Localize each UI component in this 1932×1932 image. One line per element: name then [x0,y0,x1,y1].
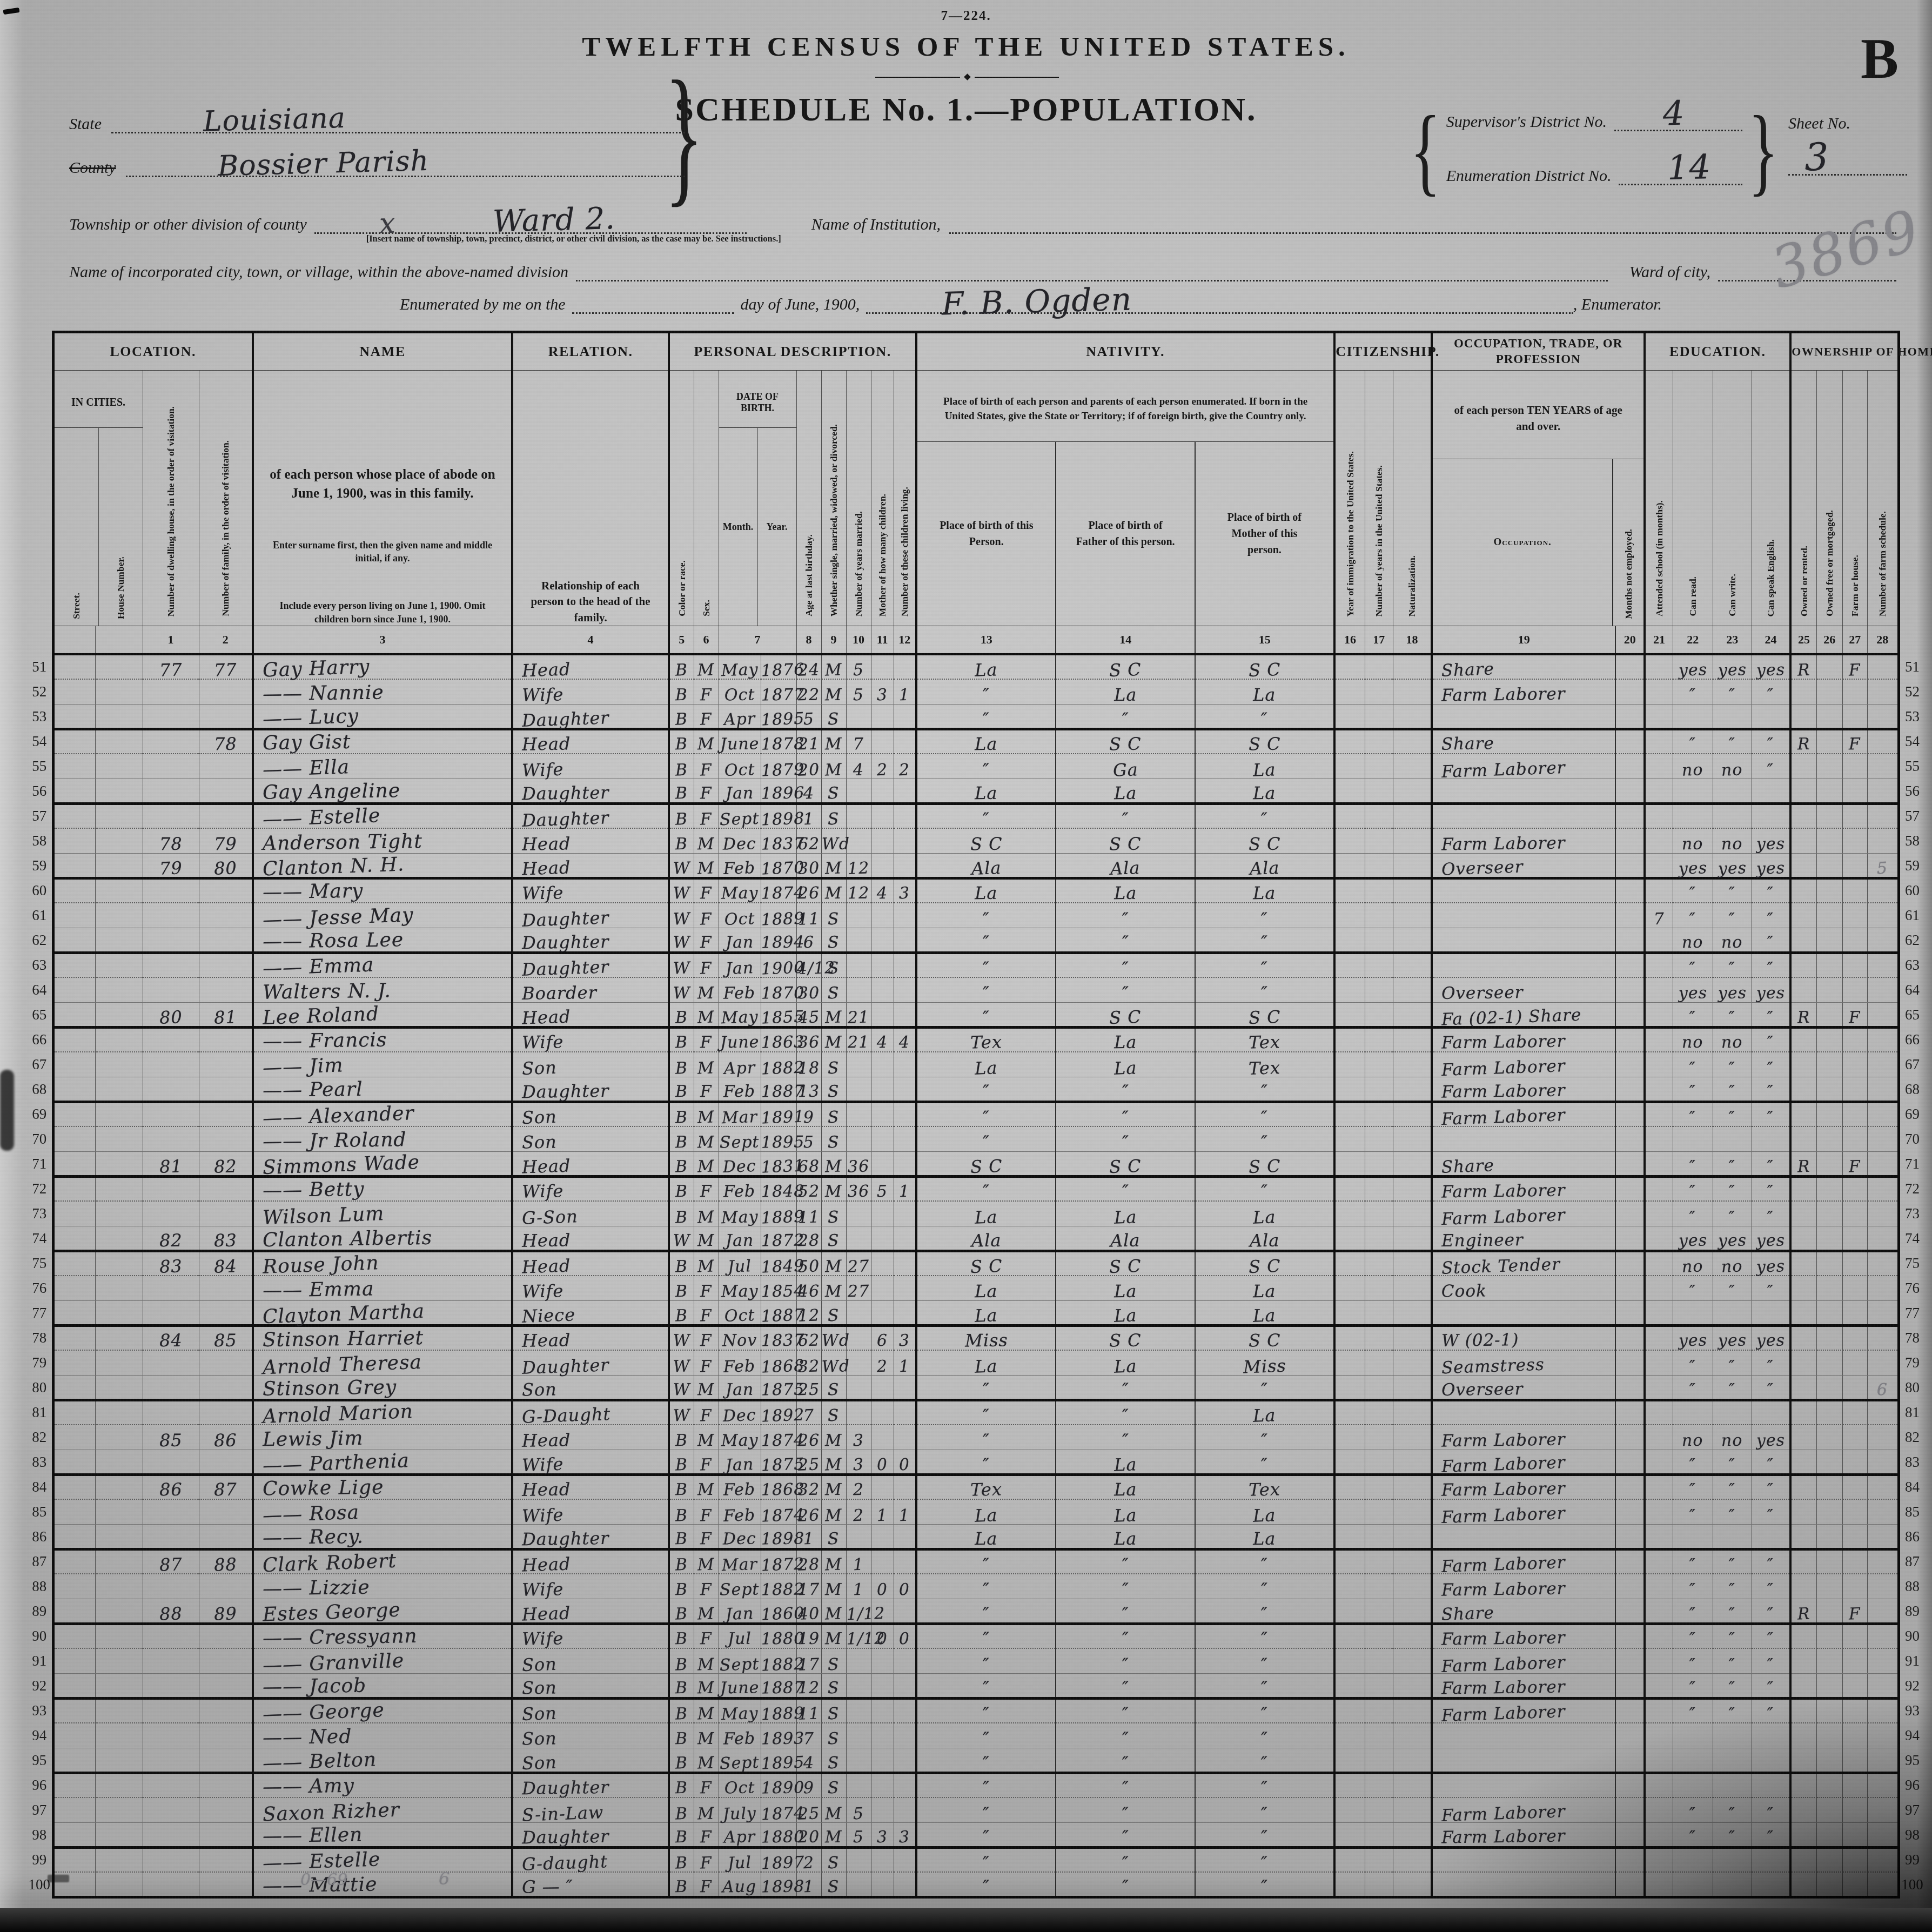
relation-cell: Head [512,1002,669,1027]
pob-father-cell-value: La [1114,884,1137,902]
street-cell [53,853,95,878]
age-cell: 50 [796,1251,821,1276]
sex-cell-value: M [697,1134,715,1150]
relation-cell-value: Son [521,1753,557,1772]
immigration-year-cell [1334,803,1365,828]
can-read-cell-value: no [1682,1035,1703,1051]
occupation-cell [1432,903,1615,928]
city-fill [576,258,1608,281]
years-in-us-cell [1365,1624,1393,1648]
birth-year-cell: 1872 [761,1549,796,1574]
sex-cell: F [694,754,719,779]
can-read-cell-value: yes [1678,985,1707,1002]
can-speak-english-cell-value: ″ [1767,1009,1774,1025]
line-number: 77 [27,1300,53,1325]
attended-school-cell [1645,1276,1673,1300]
sex-cell: F [694,1350,719,1375]
relation-cell: Daughter [512,1822,669,1847]
children-living-cell [894,1797,916,1822]
line-number: 85 [27,1499,53,1524]
line-number: 57 [27,803,53,828]
farm-schedule-cell: 6 [1867,1375,1899,1400]
can-speak-english-cell-value: ″ [1767,911,1774,927]
birth-month-cell-value: Jan [725,960,754,977]
years-married-cell-value: 36 [847,1158,869,1175]
color-cell-value: B [675,1259,688,1276]
name-cell: Walters N. J. [253,977,512,1002]
color-cell: B [669,729,694,754]
family-number-cell: 86 [199,1425,253,1450]
color-cell: B [669,1773,694,1797]
children-living-cell [894,803,916,828]
immigration-year-cell [1334,853,1365,878]
street-cell [53,754,95,779]
pob-person-cell-value: ″ [983,1133,990,1150]
immigration-year-cell [1334,1698,1365,1723]
name-cell-value: Lee Roland [262,1004,379,1028]
name-cell-value: Wilson Lum [262,1204,385,1228]
can-read-cell: ″ [1673,729,1713,754]
table-row: 79Arnold TheresaDaughterWFFeb186832Wd21L… [27,1350,1924,1375]
can-read-cell-value: ″ [1689,1083,1696,1099]
name-cell: —— Jr Roland [253,1126,512,1151]
line-number-value: 68 [32,1081,46,1097]
age-cell-value: 17 [798,1581,820,1598]
line-number: 62 [27,928,53,952]
farm-house-cell [1842,1797,1867,1822]
can-write-cell: ″ [1713,1077,1752,1102]
line-number: 63 [27,952,53,977]
line-number-value: 75 [32,1255,46,1271]
name-cell: —— Estelle [253,803,512,828]
street-cell [53,654,95,679]
pob-mother-cell: ″ [1195,928,1334,952]
attended-school-cell [1645,1723,1673,1748]
relation-cell-value: Head [522,1257,571,1276]
pob-person-cell-value: La [975,1506,998,1524]
house-number-cell [95,1474,143,1499]
free-mortgaged-cell [1816,1276,1842,1300]
sex-cell-value: F [700,785,712,801]
years-in-us-cell [1365,1201,1393,1226]
marital-status-cell: S [821,1723,846,1748]
marital-status-cell-value: Wd [821,1333,849,1350]
pob-person-cell: ″ [916,1673,1056,1698]
pob-person-cell-value: La [975,1530,998,1547]
pob-mother-cell: Ala [1195,1226,1334,1251]
pob-mother-cell: La [1195,679,1334,704]
naturalization-cell [1393,1723,1432,1748]
age-cell-value: 26 [798,886,820,902]
immigration-year-cell [1334,1847,1365,1872]
farm-house-cell [1842,1847,1867,1872]
can-speak-english-cell-value: yes [1756,985,1786,1002]
sex-cell: F [694,779,719,803]
dwelling-header: Number of dwelling house, in the order o… [143,371,199,626]
dwelling-number-cell [143,1698,199,1723]
can-write-cell [1713,1748,1752,1773]
free-mortgaged-cell [1816,1151,1842,1176]
line-number-value: 64 [32,982,46,998]
color-cell: B [669,779,694,803]
color-cell: B [669,1052,694,1077]
pob-mother-cell: La [1195,1300,1334,1325]
line-number: 80 [27,1375,53,1400]
pob-person-cell-value: ″ [983,1729,990,1747]
years-married-cell [846,1524,871,1549]
marital-status-cell-value: M [825,1457,843,1473]
birth-year-cell: 1848 [761,1176,796,1201]
relation-cell-value: Wife [522,686,564,703]
ward-label: Ward of city, [1629,263,1710,281]
table-row: 53—— LucyDaughterBFApr18955S″″″53 [27,704,1924,729]
farm-house-cell [1842,1648,1867,1673]
line-number: 56 [27,779,53,803]
table-row: 98—— EllenDaughterBFApr188020M533″″″Farm… [27,1822,1924,1847]
years-in-us-cell [1365,1723,1393,1748]
col-num: 28 [1867,626,1899,655]
family-number-cell [199,928,253,952]
pob-mother-cell-value: ″ [1261,1804,1269,1822]
pob-mother-cell: ″ [1195,1126,1334,1151]
birth-month-cell: Nov [719,1325,761,1350]
children-living-cell [894,1474,916,1499]
years-married-cell: 21 [846,1002,871,1027]
age-cell-value: 5 [803,711,814,728]
occupation-cell [1432,952,1615,977]
can-read-cell-value: ″ [1689,1184,1696,1200]
relation-cell-value: Wife [521,1455,563,1474]
immigration-year-cell [1334,1276,1365,1300]
pob-person-cell: ″ [916,1574,1056,1599]
pob-person-cell: ″ [916,1450,1056,1474]
occupation-cell [1432,1723,1615,1748]
table-row: 99—— EstelleG-daughtBFJul18972S″″″99 [27,1847,1924,1872]
attended-school-cell [1645,1350,1673,1375]
house-number-cell [95,1251,143,1276]
pob-mother-cell: S C [1195,1002,1334,1027]
pob-mother-cell-value: ″ [1261,1183,1268,1200]
stack: Place of birth of each person and parent… [917,378,1333,626]
owned-rented-cell [1790,1773,1816,1797]
street-cell [53,1325,95,1350]
years-in-us-cell [1365,1524,1393,1549]
dwelling-number-cell [143,1400,199,1425]
col-num: 16 [1334,626,1365,655]
mother-of-children-cell: 4 [871,878,894,903]
nat-cols: Place of birth of this Person. Place of … [917,442,1333,626]
owned-rented-cell: R [1790,729,1816,754]
birth-month-cell: Oct [719,679,761,704]
pob-person-cell: La [916,729,1056,754]
street-cell [53,1624,95,1648]
age-cell-value: 11 [797,911,820,928]
pob-person-cell-value: ″ [983,1183,990,1200]
marital-status-cell: S [821,1226,846,1251]
children-living-cell [894,1102,916,1126]
can-read-cell-value: ″ [1689,1606,1696,1622]
relation-cell-value: Head [522,1331,571,1349]
street-cell [53,1499,95,1524]
pob-person-cell: ″ [916,1375,1056,1400]
pob-father-cell: La [1056,779,1195,803]
family-number-cell [199,1276,253,1300]
name-cell-value: Lewis Jim [263,1428,364,1450]
children-living-cell-value: 0 [899,1581,910,1598]
owned-rented-cell [1790,1325,1816,1350]
relation-cell: Daughter [512,704,669,729]
marital-status-cell: M [821,1474,846,1499]
name-cell: Clayton Martha [253,1300,512,1325]
farm-house-header: Farm or house. [1842,371,1867,626]
farm-house-cell [1842,952,1867,977]
farm-schedule-cell [1867,1151,1899,1176]
owned-rented-cell [1790,1102,1816,1126]
children-living-cell [894,1673,916,1698]
free-mortgaged-cell [1816,704,1842,729]
age-cell: 32 [796,1474,821,1499]
owned-rented-cell [1790,1748,1816,1773]
age-cell: 26 [796,878,821,903]
line-number-value: 71 [32,1156,46,1172]
occupation-cell-value: Farm Laborer [1441,1580,1566,1599]
months-not-employed-cell [1615,977,1645,1002]
farm-house-cell [1842,1027,1867,1052]
age-cell-value: 1 [803,1531,815,1547]
can-speak-english-cell [1752,1872,1790,1897]
marital-status-cell: S [821,1773,846,1797]
months-not-employed-cell [1615,1002,1645,1027]
line-number: 90 [27,1624,53,1648]
can-speak-english-cell-value: yes [1756,1258,1785,1276]
relation-cell: Head [512,1599,669,1624]
occupation-cell: Farm Laborer [1432,1574,1615,1599]
can-read-cell-value: ″ [1689,1829,1696,1845]
birth-year-cell: 1882 [761,1648,796,1673]
farm-schedule-cell [1867,1450,1899,1474]
naturalization-cell [1393,754,1432,779]
enumerator-signature: F. B. Ogden [942,280,1133,322]
marital-status-cell: M [821,1797,846,1822]
table-row: 788485Stinson HarrietHeadWFNov183762Wd63… [27,1325,1924,1350]
age-cell-value: 62 [798,1333,820,1350]
farm-schedule-cell [1867,1350,1899,1375]
marital-status-cell-value: S [828,1780,840,1796]
color-cell-value: B [675,785,688,801]
age-cell-value: 4 [803,1755,814,1772]
farm-house-cell [1842,1822,1867,1847]
naturalization-cell [1393,1300,1432,1325]
can-read-cell-value: no [1682,836,1703,853]
can-write-cell: ″ [1713,878,1752,903]
children-living-cell [894,1524,916,1549]
split2: Street. House Number. [55,428,143,626]
line-number-value: 89 [32,1603,46,1619]
pob-father-cell-value: Ala [1110,859,1141,877]
pob-father-cell: S C [1056,654,1195,679]
pob-person-cell: ″ [916,1102,1056,1126]
can-speak-english-cell-value: ″ [1767,1507,1774,1524]
family-number-cell [199,1698,253,1723]
years-in-us-cell [1365,1375,1393,1400]
house-number-cell [95,1027,143,1052]
marital-status-cell: Wd [821,1350,846,1375]
line-number-value: 67 [32,1056,46,1072]
vt: Months not employed. [1623,529,1634,619]
pob-person-cell-value: ″ [983,686,990,703]
dwelling-number-cell [143,928,199,952]
pob-person-cell: ″ [916,1002,1056,1027]
sex-cell: F [694,679,719,704]
name-cell: —— Jim [253,1052,512,1077]
enumeration-fill: 14 [1619,162,1742,185]
name-cell: —— Granville [253,1648,512,1673]
can-read-cell: no [1673,1251,1713,1276]
can-read-cell: ″ [1673,1350,1713,1375]
relation-cell-value: Wife [522,1282,564,1300]
birth-month-cell: Jan [719,779,761,803]
pob-mother-cell: S C [1195,1251,1334,1276]
naturalization-cell [1393,1648,1432,1673]
table-row: 67—— JimSonBMApr188218SLaLaTexFarm Labor… [27,1052,1924,1077]
farm-house-cell [1842,1425,1867,1450]
birth-month-cell: Jan [719,1450,761,1474]
line-number-value: 99 [32,1852,46,1868]
can-speak-english-cell: ″ [1752,1201,1790,1226]
years-married-cell [846,1226,871,1251]
enumerator-suffix: , Enumerator. [1573,296,1662,314]
can-read-cell-value: ″ [1689,736,1696,753]
can-read-cell [1673,1400,1713,1425]
pob-person-cell-value: ″ [983,1431,990,1448]
children-living-cell [894,1698,916,1723]
color-cell: B [669,1748,694,1773]
immigration-year-cell [1334,1176,1365,1201]
immigration-year-cell [1334,928,1365,952]
can-write-cell-value: no [1721,836,1743,853]
pob-father-cell-value: ″ [1122,1804,1129,1822]
years-married-cell: 5 [846,1822,871,1847]
can-read-cell [1673,1748,1713,1773]
can-speak-english-cell: ″ [1752,1276,1790,1300]
color-cell: B [669,1673,694,1698]
attended-school-cell [1645,1872,1673,1897]
line-number-value: 77 [32,1305,46,1321]
occupation-cell: Farm Laborer [1432,1648,1615,1673]
color-cell: W [669,878,694,903]
pob-person-cell-value: ″ [983,1605,990,1622]
can-speak-english-cell: ″ [1752,1474,1790,1499]
years-in-us-cell [1365,1673,1393,1698]
months-not-employed-cell [1615,1077,1645,1102]
can-read-cell-value: ″ [1689,1358,1696,1374]
table-row: 56Gay AngelineDaughterBFJan18964SLaLaLa5… [27,779,1924,803]
color-cell: B [669,1300,694,1325]
street-cell [53,1350,95,1375]
pob-father-cell-value: ″ [1122,1605,1129,1622]
can-read-header: Can read. [1673,371,1713,626]
line-number: 88 [27,1574,53,1599]
relation-cell-value: Son [522,1133,557,1151]
can-read-cell [1673,704,1713,729]
mother-of-children-cell: 5 [871,1176,894,1201]
color-cell: B [669,1176,694,1201]
relation-cell: Head [512,1474,669,1499]
relation-cell: G-Daught [512,1400,669,1425]
occupation-cell-value: Stock Tender [1441,1256,1561,1277]
name-cell: Anderson Tight [253,828,512,853]
occupation-cell: Cook [1432,1276,1615,1300]
vt: Number of farm schedule. [1877,511,1888,616]
name-cell: —— Mary [253,878,512,903]
enumeration-value: 14 [1667,147,1712,187]
pob-father-cell-value: ″ [1122,1828,1129,1845]
sex-cell: F [694,1773,719,1797]
owned-rented-cell [1790,754,1816,779]
can-read-cell [1673,1126,1713,1151]
relation-cell: G-Son [512,1201,669,1226]
col-num: 7 [719,626,796,655]
stack: IN CITIES. Street. House Number. [55,378,143,626]
pob-mother-cell: ″ [1195,1450,1334,1474]
birth-month-cell-value: Feb [723,1507,756,1524]
immigration-header: Year of immigration to the United States… [1334,371,1365,626]
free-mortgaged-cell [1816,1375,1842,1400]
attended-school-cell [1645,1698,1673,1723]
can-speak-english-cell: yes [1752,654,1790,679]
can-speak-english-cell-value: ″ [1767,961,1774,977]
sex-header: Sex. [694,371,719,626]
relation-cell: Son [512,1375,669,1400]
marital-status-cell-value: M [825,886,842,902]
birth-month-cell-value: Feb [723,1482,756,1499]
house-number-cell [95,1648,143,1673]
relation-cell-value: Daughter [522,709,610,729]
birth-year-cell: 1855 [761,1002,796,1027]
name-cell-value: —— Jacob [263,1676,367,1697]
pob-father-cell: ″ [1056,903,1195,928]
pob-mother-cell: ″ [1195,1648,1334,1673]
pob-father-cell-value: La [1114,1530,1137,1547]
farm-house-cell [1842,1673,1867,1698]
pob-father-cell: ″ [1056,1102,1195,1126]
can-read-cell: ″ [1673,1450,1713,1474]
house-number-cell [95,1872,143,1897]
free-mortgaged-cell [1816,1599,1842,1624]
pob-father-cell-value: ″ [1122,1407,1129,1424]
naturalization-cell [1393,1574,1432,1599]
relation-cell: Wife [512,1276,669,1300]
naturalization-cell [1393,1872,1432,1897]
street-cell [53,1425,95,1450]
marital-status-cell-value: M [825,860,843,877]
birth-month-cell: May [719,1201,761,1226]
attended-school-cell [1645,1574,1673,1599]
can-speak-english-cell-value: ″ [1767,1158,1774,1175]
table-row: 828586Lewis JimHeadBMMay187426M3″″″Farm … [27,1425,1924,1450]
immigration-year-cell [1334,1797,1365,1822]
pencil-tally-right: 6 [439,1868,450,1889]
relation-cell-value: Wife [522,884,564,902]
can-read-cell-value: ″ [1689,1631,1696,1647]
months-not-employed-cell [1615,1450,1645,1474]
naturalization-cell [1393,1748,1432,1773]
can-speak-english-cell: ″ [1752,1499,1790,1524]
birth-month-cell-value: Jul [728,1631,752,1648]
free-mortgaged-cell [1816,1425,1842,1450]
years-in-us-cell [1365,928,1393,952]
pob-person-cell-value: ″ [983,1630,990,1647]
